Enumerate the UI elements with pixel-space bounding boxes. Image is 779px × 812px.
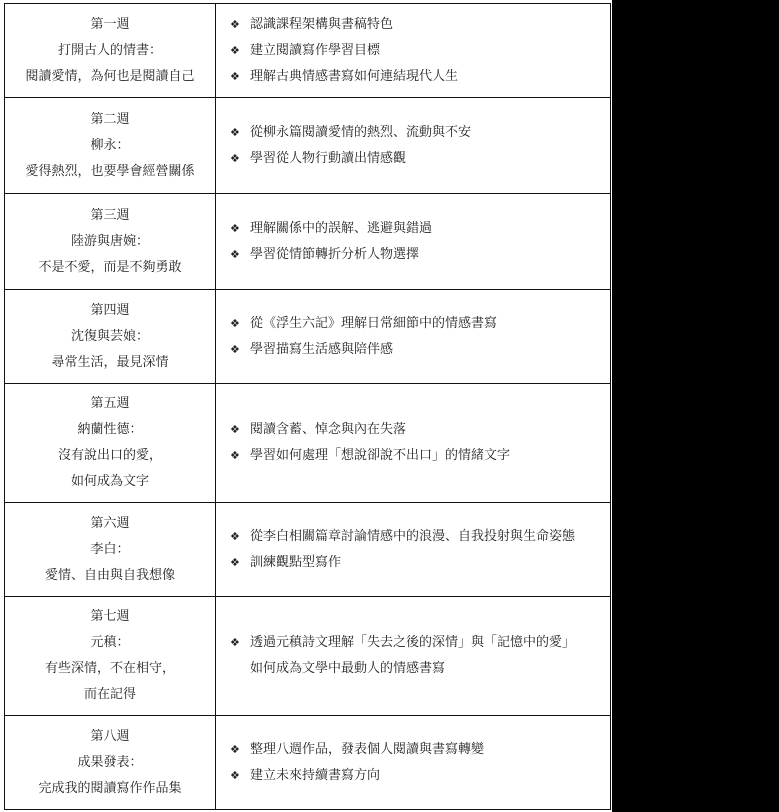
- week-subtitle: 有些深情，不在相守，: [5, 656, 215, 682]
- goals-cell: ❖從李白相關篇章討論情感中的浪漫、自我投射與生命姿態 ❖訓練觀點型寫作: [216, 503, 611, 597]
- goal-item: ❖訓練觀點型寫作: [230, 550, 604, 576]
- week-label: 第七週: [5, 604, 215, 630]
- syllabus-body: 第一週 打開古人的情書： 閱讀愛情，為何也是閱讀自己 ❖認識課程架構與書稿特色 …: [5, 4, 611, 810]
- goal-text: 理解關係中的誤解、逃避與錯過: [250, 216, 604, 242]
- diamond-bullet-icon: ❖: [230, 630, 250, 656]
- goal-text: 從柳永篇閱讀愛情的熱烈、流動與不安: [250, 120, 604, 146]
- table-row: 第四週 沈復與芸娘： 尋常生活，最見深情 ❖從《浮生六記》理解日常細節中的情感書…: [5, 290, 611, 384]
- goal-text: 建立未來持續書寫方向: [250, 763, 604, 789]
- document-page: 第一週 打開古人的情書： 閱讀愛情，為何也是閱讀自己 ❖認識課程架構與書稿特色 …: [0, 0, 612, 812]
- week-title: 成果發表：: [5, 750, 215, 776]
- diamond-bullet-icon: ❖: [230, 417, 250, 443]
- diamond-bullet-icon: ❖: [230, 64, 250, 90]
- goal-item: ❖整理八週作品，發表個人閱讀與書寫轉變: [230, 737, 604, 763]
- goal-item: ❖透過元稹詩文理解「失去之後的深情」與「記憶中的愛」: [230, 630, 604, 656]
- week-title: 元稹：: [5, 630, 215, 656]
- goals-cell: ❖理解關係中的誤解、逃避與錯過 ❖學習從情節轉折分析人物選擇: [216, 194, 611, 290]
- week-cell: 第二週 柳永： 愛得熱烈，也要學會經營關係: [5, 98, 216, 194]
- goal-text: 認識課程架構與書稿特色: [250, 12, 604, 38]
- table-row: 第六週 李白： 愛情、自由與自我想像 ❖從李白相關篇章討論情感中的浪漫、自我投射…: [5, 503, 611, 597]
- week-title: 打開古人的情書：: [5, 38, 215, 64]
- goal-text: 透過元稹詩文理解「失去之後的深情」與「記憶中的愛」: [250, 630, 604, 656]
- goal-item: ❖學習從人物行動讀出情感觀: [230, 146, 604, 172]
- table-row: 第七週 元稹： 有些深情，不在相守， 而在記得 ❖透過元稹詩文理解「失去之後的深…: [5, 597, 611, 716]
- diamond-bullet-icon: ❖: [230, 38, 250, 64]
- goal-item: ❖從柳永篇閱讀愛情的熱烈、流動與不安: [230, 120, 604, 146]
- black-margin: [612, 0, 779, 812]
- week-subtitle: 閱讀愛情，為何也是閱讀自己: [5, 64, 215, 90]
- goals-cell: ❖整理八週作品，發表個人閱讀與書寫轉變 ❖建立未來持續書寫方向: [216, 716, 611, 810]
- goal-text-continuation: 如何成為文學中最動人的情感書寫: [230, 656, 604, 682]
- week-subtitle: 沒有說出口的愛，: [5, 443, 215, 469]
- week-cell: 第三週 陸游與唐婉： 不是不愛，而是不夠勇敢: [5, 194, 216, 290]
- goals-cell: ❖閱讀含蓄、悼念與內在失落 ❖學習如何處理「想說卻說不出口」的情緒文字: [216, 384, 611, 503]
- diamond-bullet-icon: ❖: [230, 737, 250, 763]
- diamond-bullet-icon: ❖: [230, 146, 250, 172]
- goal-item: ❖從李白相關篇章討論情感中的浪漫、自我投射與生命姿態: [230, 524, 604, 550]
- goal-text: 訓練觀點型寫作: [250, 550, 604, 576]
- goal-text: 從李白相關篇章討論情感中的浪漫、自我投射與生命姿態: [250, 524, 604, 550]
- goal-item: ❖認識課程架構與書稿特色: [230, 12, 604, 38]
- table-row: 第二週 柳永： 愛得熱烈，也要學會經營關係 ❖從柳永篇閱讀愛情的熱烈、流動與不安…: [5, 98, 611, 194]
- week-subtitle: 愛情、自由與自我想像: [5, 563, 215, 589]
- goal-item: ❖學習如何處理「想說卻說不出口」的情緒文字: [230, 443, 604, 469]
- goal-text: 建立閱讀寫作學習目標: [250, 38, 604, 64]
- week-subtitle: 而在記得: [5, 682, 215, 708]
- goal-text: 學習從人物行動讀出情感觀: [250, 146, 604, 172]
- week-label: 第六週: [5, 511, 215, 537]
- syllabus-table: 第一週 打開古人的情書： 閱讀愛情，為何也是閱讀自己 ❖認識課程架構與書稿特色 …: [4, 3, 611, 810]
- week-cell: 第四週 沈復與芸娘： 尋常生活，最見深情: [5, 290, 216, 384]
- diamond-bullet-icon: ❖: [230, 242, 250, 268]
- goal-item: ❖建立未來持續書寫方向: [230, 763, 604, 789]
- week-label: 第五週: [5, 391, 215, 417]
- goal-item: ❖理解關係中的誤解、逃避與錯過: [230, 216, 604, 242]
- week-cell: 第五週 納蘭性德： 沒有說出口的愛， 如何成為文字: [5, 384, 216, 503]
- goals-cell: ❖認識課程架構與書稿特色 ❖建立閱讀寫作學習目標 ❖理解古典情感書寫如何連結現代…: [216, 4, 611, 98]
- goal-text: 學習如何處理「想說卻說不出口」的情緒文字: [250, 443, 604, 469]
- week-title: 納蘭性德：: [5, 417, 215, 443]
- goal-item: ❖閱讀含蓄、悼念與內在失落: [230, 417, 604, 443]
- week-title: 沈復與芸娘：: [5, 324, 215, 350]
- goals-cell: ❖從《浮生六記》理解日常細節中的情感書寫 ❖學習描寫生活感與陪伴感: [216, 290, 611, 384]
- week-subtitle: 愛得熱烈，也要學會經營關係: [5, 159, 215, 185]
- week-subtitle: 不是不愛，而是不夠勇敢: [5, 255, 215, 281]
- diamond-bullet-icon: ❖: [230, 550, 250, 576]
- diamond-bullet-icon: ❖: [230, 120, 250, 146]
- week-title: 柳永：: [5, 133, 215, 159]
- goal-text: 整理八週作品，發表個人閱讀與書寫轉變: [250, 737, 604, 763]
- table-row: 第一週 打開古人的情書： 閱讀愛情，為何也是閱讀自己 ❖認識課程架構與書稿特色 …: [5, 4, 611, 98]
- week-label: 第一週: [5, 12, 215, 38]
- goal-item: ❖從《浮生六記》理解日常細節中的情感書寫: [230, 311, 604, 337]
- diamond-bullet-icon: ❖: [230, 12, 250, 38]
- goal-item: ❖學習從情節轉折分析人物選擇: [230, 242, 604, 268]
- diamond-bullet-icon: ❖: [230, 763, 250, 789]
- table-row: 第三週 陸游與唐婉： 不是不愛，而是不夠勇敢 ❖理解關係中的誤解、逃避與錯過 ❖…: [5, 194, 611, 290]
- week-title: 陸游與唐婉：: [5, 229, 215, 255]
- goal-text: 從《浮生六記》理解日常細節中的情感書寫: [250, 311, 604, 337]
- week-cell: 第一週 打開古人的情書： 閱讀愛情，為何也是閱讀自己: [5, 4, 216, 98]
- diamond-bullet-icon: ❖: [230, 443, 250, 469]
- week-cell: 第七週 元稹： 有些深情，不在相守， 而在記得: [5, 597, 216, 716]
- week-label: 第八週: [5, 724, 215, 750]
- goals-cell: ❖從柳永篇閱讀愛情的熱烈、流動與不安 ❖學習從人物行動讀出情感觀: [216, 98, 611, 194]
- week-label: 第三週: [5, 203, 215, 229]
- week-cell: 第六週 李白： 愛情、自由與自我想像: [5, 503, 216, 597]
- diamond-bullet-icon: ❖: [230, 337, 250, 363]
- week-subtitle: 尋常生活，最見深情: [5, 350, 215, 376]
- goals-cell: ❖透過元稹詩文理解「失去之後的深情」與「記憶中的愛」 如何成為文學中最動人的情感…: [216, 597, 611, 716]
- table-row: 第五週 納蘭性德： 沒有說出口的愛， 如何成為文字 ❖閱讀含蓄、悼念與內在失落 …: [5, 384, 611, 503]
- week-subtitle: 如何成為文字: [5, 469, 215, 495]
- table-row: 第八週 成果發表： 完成我的閱讀寫作作品集 ❖整理八週作品，發表個人閱讀與書寫轉…: [5, 716, 611, 810]
- goal-item: ❖學習描寫生活感與陪伴感: [230, 337, 604, 363]
- goal-item: ❖理解古典情感書寫如何連結現代人生: [230, 64, 604, 90]
- goal-item: ❖建立閱讀寫作學習目標: [230, 38, 604, 64]
- goal-text: 閱讀含蓄、悼念與內在失落: [250, 417, 604, 443]
- week-cell: 第八週 成果發表： 完成我的閱讀寫作作品集: [5, 716, 216, 810]
- goal-text: 學習從情節轉折分析人物選擇: [250, 242, 604, 268]
- week-label: 第四週: [5, 298, 215, 324]
- week-label: 第二週: [5, 107, 215, 133]
- week-subtitle: 完成我的閱讀寫作作品集: [5, 776, 215, 802]
- diamond-bullet-icon: ❖: [230, 311, 250, 337]
- goal-text: 理解古典情感書寫如何連結現代人生: [250, 64, 604, 90]
- diamond-bullet-icon: ❖: [230, 216, 250, 242]
- goal-text: 學習描寫生活感與陪伴感: [250, 337, 604, 363]
- diamond-bullet-icon: ❖: [230, 524, 250, 550]
- week-title: 李白：: [5, 537, 215, 563]
